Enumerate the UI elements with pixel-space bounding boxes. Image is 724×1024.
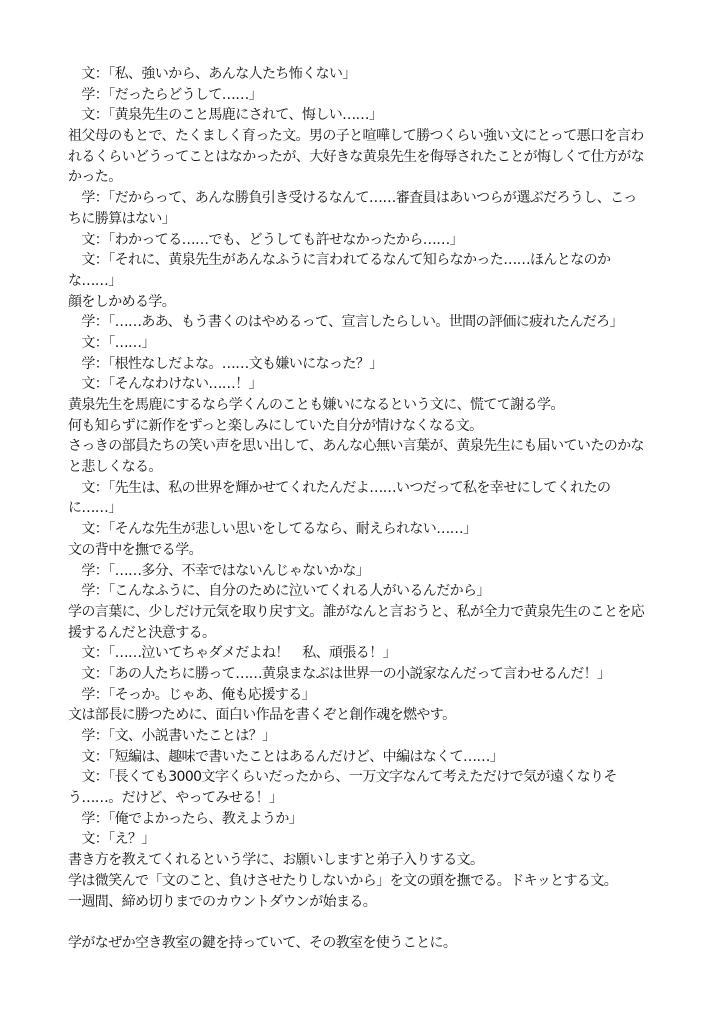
dialog-line: 学：「だったらどうして……」 xyxy=(68,85,648,106)
narration-line: 何も知らずに新作をずっと楽しみにしていた自分が情けなくなる文。 xyxy=(68,416,648,437)
narration-line: 学の言葉に、少しだけ元気を取り戻す文。誰がなんと言おうと、私が全力で黄泉先生のこ… xyxy=(68,602,648,623)
narration-line: 援するんだと決意する。 xyxy=(68,623,648,644)
dialog-line: 文：「……泣いてちゃダメだよね！ 私、頑張る！」 xyxy=(68,643,648,664)
narration-line: さっきの部員たちの笑い声を思い出して、あんな心無い言葉が、黄泉先生にも届いていた… xyxy=(68,436,648,457)
dialog-line: 文：「あの人たちに勝って……黄泉まなぶは世界一の小説家なんだって言わせるんだ！」 xyxy=(68,664,648,685)
dialog-continuation-line: ちに勝算はない」 xyxy=(68,209,648,230)
narration-line: 学がなぜか空き教室の鍵を持っていて、その教室を使うことに。 xyxy=(68,933,648,954)
dialog-line: 文：「……」 xyxy=(68,333,648,354)
script-page: 文：「私、強いから、あんな人たち怖くない」 学：「だったらどうして……」 文：「… xyxy=(68,64,648,954)
dialog-line: 文：「私、強いから、あんな人たち怖くない」 xyxy=(68,64,648,85)
dialog-line: 学：「だからって、あんな勝負引き受けるなんて……審査員はあいつらが選ぶだろうし、… xyxy=(68,188,648,209)
dialog-line: 文：「黄泉先生のこと馬鹿にされて、悔しい……」 xyxy=(68,105,648,126)
dialog-line: 文：「そんなわけない……！」 xyxy=(68,374,648,395)
dialog-line: 学：「俺でよかったら、教えようか」 xyxy=(68,809,648,830)
narration-line: れるくらいどうってことはなかったが、大好きな黄泉先生を侮辱されたことが悔しくて仕… xyxy=(68,147,648,168)
dialog-line: 文：「それに、黄泉先生があんなふうに言われてるなんて知らなかった……ほんとなのか xyxy=(68,250,648,271)
narration-line: 祖父母のもとで、たくましく育った文。男の子と喧嘩して勝つくらい強い文にとって悪口… xyxy=(68,126,648,147)
dialog-line: 文：「短編は、趣味で書いたことはあるんだけど、中編はなくて……」 xyxy=(68,747,648,768)
narration-line: 黄泉先生を馬鹿にするなら学くんのことも嫌いになるという文に、慌てて謝る学。 xyxy=(68,395,648,416)
dialog-line: 学：「……多分、不幸ではないんじゃないかな」 xyxy=(68,561,648,582)
dialog-line: 文：「そんな先生が悲しい思いをしてるなら、耐えられない……」 xyxy=(68,519,648,540)
narration-line: 書き方を教えてくれるという学に、お願いしますと弟子入りする文。 xyxy=(68,850,648,871)
dialog-continuation-line: な……」 xyxy=(68,271,648,292)
dialog-line: 文：「長くても3000文字くらいだったから、一万文字なんて考えただけで気が遠くな… xyxy=(68,767,648,788)
dialog-line: 学：「……ああ、もう書くのはやめるって、宣言したらしい。世間の評価に疲れたんだろ… xyxy=(68,312,648,333)
dialog-line: 学：「根性なしだよな。……文も嫌いになった？」 xyxy=(68,354,648,375)
narration-line: 文の背中を撫でる学。 xyxy=(68,540,648,561)
narration-line: かった。 xyxy=(68,167,648,188)
narration-line: 顔をしかめる学。 xyxy=(68,292,648,313)
dialog-continuation-line: う……。だけど、やってみせる！」 xyxy=(68,788,648,809)
narration-line: 文は部長に勝つために、面白い作品を書くぞと創作魂を燃やす。 xyxy=(68,705,648,726)
dialog-line: 文：「え？」 xyxy=(68,829,648,850)
narration-line: と悲しくなる。 xyxy=(68,457,648,478)
blank-line xyxy=(68,912,648,933)
dialog-line: 学：「文、小説書いたことは？」 xyxy=(68,726,648,747)
dialog-line: 学：「こんなふうに、自分のために泣いてくれる人がいるんだから」 xyxy=(68,581,648,602)
dialog-line: 学：「そっか。じゃあ、俺も応援する」 xyxy=(68,685,648,706)
narration-line: 学は微笑んで「文のこと、負けさせたりしないから」を文の頭を撫でる。ドキッとする文… xyxy=(68,871,648,892)
narration-line: 一週間、締め切りまでのカウントダウンが始まる。 xyxy=(68,892,648,913)
dialog-line: 文：「先生は、私の世界を輝かせてくれたんだよ……いつだって私を幸せにしてくれたの xyxy=(68,478,648,499)
dialog-line: 文：「わかってる……でも、どうしても許せなかったから……」 xyxy=(68,230,648,251)
dialog-continuation-line: に……」 xyxy=(68,498,648,519)
